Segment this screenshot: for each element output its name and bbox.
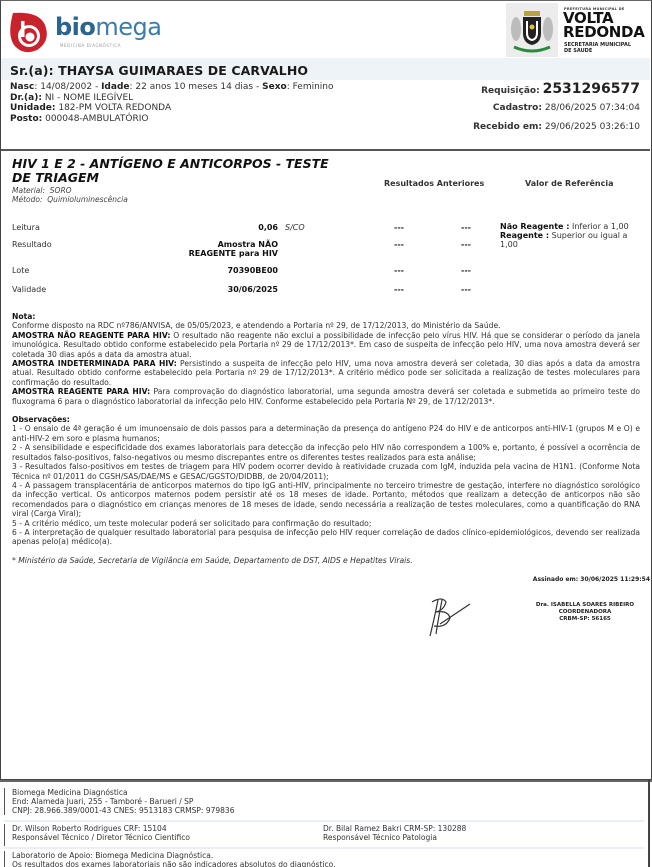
patient-name: Sr.(a): THAYSA GUIMARAES DE CARVALHO: [10, 63, 308, 78]
footer-company: Biomega Medicina Diagnóstica End: Alamed…: [4, 788, 648, 815]
observation-item: 6 - A interpretação de qualquer resultad…: [12, 528, 640, 547]
lab-brand-name: biomega: [55, 15, 162, 39]
previous-result: ---: [394, 285, 404, 294]
result-label-leitura: Leitura: [12, 223, 40, 232]
result-value-leitura: 0,06: [258, 223, 278, 232]
signer-name: Dra. ISABELLA SOARES RIBEIRO: [520, 602, 650, 609]
result-unit-leitura: S/CO: [285, 223, 305, 232]
exam-material: Material: SORO: [12, 186, 128, 195]
lab-tagline: MEDICINA DIAGNÓSTICA: [60, 43, 121, 48]
observation-item: 1 - O ensaio de 4ª geração é um imunoens…: [12, 424, 640, 443]
city-logo: PREFEITURA MUNICIPAL DE VOLTAREDONDA SEC…: [506, 3, 646, 57]
exam-method: Método: Quimioluminescência: [12, 195, 128, 204]
footer-divider: [0, 780, 652, 782]
previous-result: ---: [461, 223, 471, 232]
signer-block: Dra. ISABELLA SOARES RIBEIRO COORDENADOR…: [520, 602, 650, 623]
city-secretaria: SECRETARIA MUNICIPALDE SAUDE: [564, 43, 631, 54]
reference-non-reactive: Não Reagente : Inferior a 1,00: [500, 222, 640, 231]
request-cadastro: Cadastro: 28/06/2025 07:34:04: [473, 101, 640, 120]
result-label-resultado: Resultado: [12, 240, 52, 249]
footnote: * Ministério da Saúde, Secretaria de Vig…: [12, 556, 640, 565]
previous-result: ---: [461, 266, 471, 275]
footer-disclaimer: Os resultados dos exames laboratoriais n…: [12, 860, 648, 867]
patient-doctor: Dr.(a): NI - NOME ILEGÍVEL: [10, 93, 334, 104]
result-value-validade: 30/06/2025: [228, 285, 278, 294]
city-name: VOLTAREDONDA: [563, 11, 645, 39]
nota-intro: Conforme disposto na RDC nº786/ANVISA, d…: [12, 321, 640, 330]
exam-title: HIV 1 E 2 - ANTÍGENO E ANTICORPOS - TEST…: [12, 157, 342, 185]
column-reference-value: Valor de Referência: [525, 179, 614, 188]
observation-item: 2 - A sensibilidade e especificidade dos…: [12, 443, 640, 462]
notes-section: Nota: Conforme disposto na RDC nº786/ANV…: [12, 312, 640, 565]
patient-post: Posto: 000048-AMBULATÓRIO: [10, 114, 334, 125]
nota-non-reactive: AMOSTRA NÃO REAGENTE PARA HIV: O resulta…: [12, 331, 640, 359]
nota-reactive: AMOSTRA REAGENTE PARA HIV: Para comprova…: [12, 387, 640, 406]
reference-reactive: Reagente : Superior ou igual a 1,00: [500, 231, 640, 249]
observation-item: 5 - A critério médico, um teste molecula…: [12, 519, 640, 528]
observation-item: 3 - Resultados falso-positivos em testes…: [12, 462, 640, 481]
handwritten-signature-icon: [420, 590, 480, 640]
exam-meta: Material: SORO Método: Quimioluminescênc…: [12, 186, 128, 204]
biomega-drop-logo-icon: [9, 11, 49, 53]
observations-title: Observações:: [12, 415, 640, 424]
report-header: biomega MEDICINA DIAGNÓSTICA PREFEITURA …: [1, 1, 650, 58]
patient-demographics: Nasc: 14/08/2002 - Idade: 22 anos 10 mes…: [10, 82, 334, 93]
previous-result: ---: [394, 266, 404, 275]
city-coat-of-arms-icon: [506, 3, 558, 57]
footer-address: End: Alameda Juari, 255 - Tamboré - Baru…: [12, 797, 648, 806]
patient-unit: Unidade: 182-PM VOLTA REDONDA: [10, 103, 334, 114]
footer-responsibles: Dr. Wilson Roberto Rodrigues CRF: 15104 …: [4, 824, 648, 846]
signer-role: COORDENADORA: [520, 609, 650, 616]
previous-result: ---: [461, 240, 471, 249]
patient-info: Nasc: 14/08/2002 - Idade: 22 anos 10 mes…: [10, 82, 334, 124]
signer-registry: CRBM-SP: 56165: [520, 616, 650, 623]
section-divider: [1, 149, 650, 151]
signed-timestamp: Assinado em: 30/06/2025 11:29:54: [533, 576, 650, 583]
footer-right-border: [648, 780, 650, 867]
previous-result: ---: [394, 240, 404, 249]
request-number: Requisição: 2531296577: [473, 82, 640, 101]
footer-separator: [4, 820, 644, 822]
footer-support: Laboratorio de Apoio: Biomega Medicina D…: [4, 851, 648, 867]
observation-item: 4 - A passagem transplacentária de antic…: [12, 481, 640, 519]
footer-company-name: Biomega Medicina Diagnóstica: [12, 788, 648, 797]
request-info: Requisição: 2531296577 Cadastro: 28/06/2…: [473, 82, 640, 139]
footer-separator: [4, 847, 644, 849]
result-value-lote: 70390BE00: [227, 266, 278, 275]
nota-title: Nota:: [12, 312, 640, 321]
nota-indeterminate: AMOSTRA INDETERMINADA PARA HIV: Persisti…: [12, 359, 640, 387]
footer-support-lab: Laboratorio de Apoio: Biomega Medicina D…: [12, 851, 648, 860]
footer-resp2: Dr. Bilal Ramez Bakri CRM-SP: 130288 Res…: [323, 824, 466, 842]
column-previous-results: Resultados Anteriores: [384, 179, 484, 188]
result-label-validade: Validade: [12, 285, 46, 294]
result-value-resultado: Amostra NÃOREAGENTE para HIV: [189, 240, 278, 258]
footer-ids: CNPJ: 28.966.389/0001-43 CNES: 9513183 C…: [12, 806, 648, 815]
lab-logo: biomega MEDICINA DIAGNÓSTICA: [9, 7, 139, 57]
request-received: Recebido em: 29/06/2025 03:26:10: [473, 120, 640, 139]
previous-result: ---: [461, 285, 471, 294]
previous-result: ---: [394, 223, 404, 232]
result-label-lote: Lote: [12, 266, 29, 275]
reference-values: Não Reagente : Inferior a 1,00 Reagente …: [500, 222, 640, 249]
